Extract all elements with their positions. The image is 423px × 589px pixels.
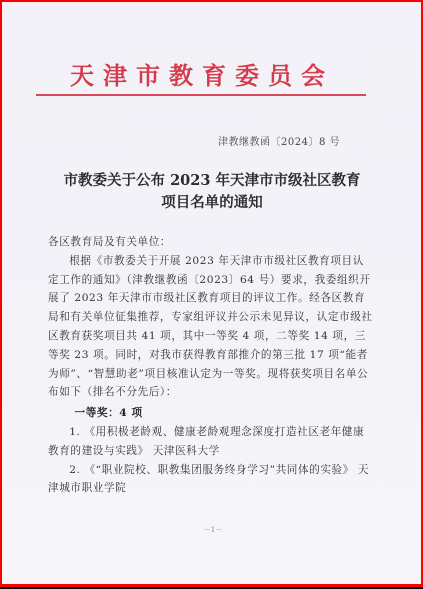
notice-title-line-2: 项目名单的通知	[2, 192, 422, 214]
header-divider	[36, 94, 366, 96]
body-paragraph: 根据《市教委关于开展 2023 年天津市市级社区教育项目认定工作的通知》（津教继…	[48, 252, 374, 402]
notice-body: 各区教育局及有关单位： 根据《市教委关于开展 2023 年天津市市级社区教育项目…	[48, 233, 374, 498]
document-page: 天津市教育委员会 津教继教函〔2024〕8 号 市教委关于公布 2023 年天津…	[0, 0, 423, 587]
issuer-header: 天津市教育委员会	[2, 56, 402, 91]
page-number: －1－	[198, 525, 228, 535]
notice-title: 市教委关于公布 2023 年天津市市级社区教育 项目名单的通知	[2, 170, 422, 214]
document-number: 津教继教函〔2024〕8 号	[218, 133, 378, 148]
notice-title-line-1: 市教委关于公布 2023 年天津市市级社区教育	[2, 170, 422, 192]
award-item: 1. 《用积极老龄观、健康老龄观理念深度打造社区老年健康教育的建设与实践》 天津…	[48, 423, 374, 461]
award-heading-first-prize: 一等奖：4 项	[48, 404, 374, 423]
award-item: 2. 《“职业院校、职教集团服务终身学习”共同体的实验》 天津城市职业学院	[48, 461, 374, 499]
salutation: 各区教育局及有关单位：	[48, 233, 374, 252]
